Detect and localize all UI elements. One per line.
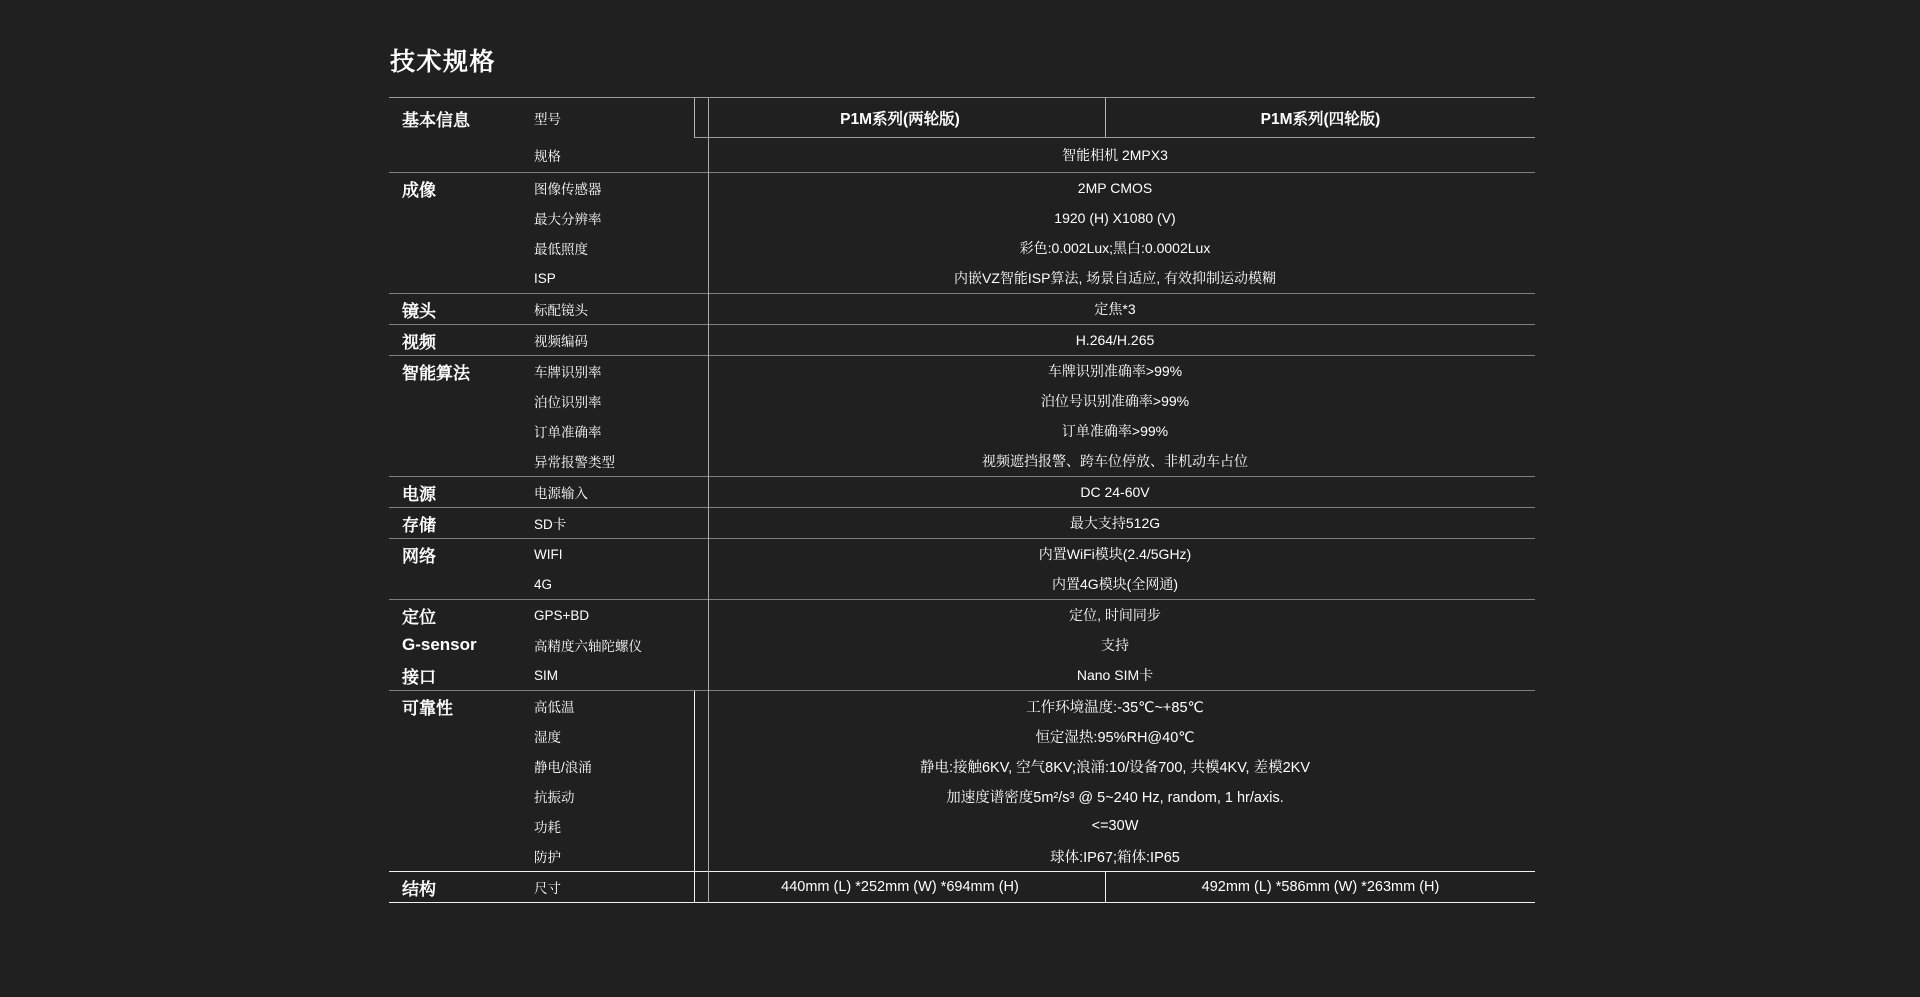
value-cell: <=30W [695,811,1535,841]
value-area: 定焦*3 [695,294,1535,324]
category-label [389,446,534,476]
spec-group-basic-info: 基本信息 型号 P1M系列(两轮版) P1M系列(四轮版) 规格 智能相机 2M… [389,98,1535,173]
table-row: 最大分辨率 1920 (H) X1080 (V) [389,203,1535,233]
spec-group-video: 视频 视频编码 H.264/H.265 [389,325,1535,356]
table-row: 订单准确率 订单准确率>99% [389,416,1535,446]
param-label: 车牌识别率 [534,356,695,386]
value-cell: 定焦*3 [695,294,1535,324]
category-label [389,751,534,781]
category-label: 网络 [389,539,534,569]
spec-group-imaging: 成像 图像传感器 2MP CMOS 最大分辨率 1920 (H) X1080 (… [389,173,1535,294]
table-row: 接口 SIM Nano SIM卡 [389,660,1535,690]
category-label [389,569,534,599]
value-area: 加速度谱密度5m²/s³ @ 5~240 Hz, random, 1 hr/ax… [694,781,1535,811]
category-label: G-sensor [389,630,534,660]
category-label [389,233,534,263]
table-row: 成像 图像传感器 2MP CMOS [389,173,1535,203]
value-area: <=30W [694,811,1535,841]
value-cell: 订单准确率>99% [695,416,1535,446]
param-label: 湿度 [534,721,695,751]
value-area: 车牌识别准确率>99% [695,356,1535,386]
page-title: 技术规格 [390,42,496,78]
value-area: DC 24-60V [695,477,1535,507]
table-row: 网络 WIFI 内置WiFi模块(2.4/5GHz) [389,539,1535,569]
value-cell: 定位, 时间同步 [695,600,1535,630]
spec-group-positioning-gsensor-interface: 定位 GPS+BD 定位, 时间同步 G-sensor 高精度六轴陀螺仪 支持 … [389,600,1535,691]
value-area: 内置WiFi模块(2.4/5GHz) [695,539,1535,569]
category-label: 接口 [389,660,534,690]
value-area: 1920 (H) X1080 (V) [695,203,1535,233]
param-label: 型号 [534,98,695,138]
value-cell: 2MP CMOS [695,173,1535,203]
value-cell: 最大支持512G [695,508,1535,538]
table-row: G-sensor 高精度六轴陀螺仪 支持 [389,630,1535,660]
category-label: 智能算法 [389,356,534,386]
column-header-four-wheel: P1M系列(四轮版) [1105,98,1535,137]
spec-group-lens: 镜头 标配镜头 定焦*3 [389,294,1535,325]
value-area: Nano SIM卡 [695,660,1535,690]
value-cell: 车牌识别准确率>99% [695,356,1535,386]
spec-table: 基本信息 型号 P1M系列(两轮版) P1M系列(四轮版) 规格 智能相机 2M… [389,97,1535,903]
category-label: 成像 [389,173,534,203]
param-label: 功耗 [534,811,695,841]
spec-group-network: 网络 WIFI 内置WiFi模块(2.4/5GHz) 4G 内置4G模块(全网通… [389,539,1535,600]
value-cell: H.264/H.265 [695,325,1535,355]
category-label [389,416,534,446]
category-label: 镜头 [389,294,534,324]
value-area: 支持 [695,630,1535,660]
value-cell: 恒定湿热:95%RH@40℃ [695,721,1535,751]
spec-group-storage: 存储 SD卡 最大支持512G [389,508,1535,539]
category-label: 定位 [389,600,534,630]
value-area: 球体:IP67;箱体:IP65 [694,841,1535,871]
value-area: 2MP CMOS [695,173,1535,203]
table-row: 智能算法 车牌识别率 车牌识别准确率>99% [389,356,1535,386]
value-cell: DC 24-60V [695,477,1535,507]
category-label [389,203,534,233]
param-label: 泊位识别率 [534,386,695,416]
param-label: 最低照度 [534,233,695,263]
value-area: 视频遮挡报警、跨车位停放、非机动车占位 [695,446,1535,476]
page: 技术规格 基本信息 型号 P1M系列(两轮版) P1M系列(四轮版) 规格 智能… [0,0,1920,997]
param-label: 高低温 [534,691,695,721]
param-label: 图像传感器 [534,173,695,203]
table-row: 泊位识别率 泊位号识别准确率>99% [389,386,1535,416]
param-label: 标配镜头 [534,294,695,324]
table-row: 防护 球体:IP67;箱体:IP65 [389,841,1535,871]
spec-group-reliability: 可靠性 高低温 工作环境温度:-35℃~+85℃ 湿度 恒定湿热:95%RH@4… [389,691,1535,872]
value-cell: 内置4G模块(全网通) [695,569,1535,599]
param-label: 视频编码 [534,325,695,355]
param-label: 静电/浪涌 [534,751,695,781]
table-row: 镜头 标配镜头 定焦*3 [389,294,1535,324]
value-area: 最大支持512G [695,508,1535,538]
category-label [389,138,534,172]
value-cell: 内嵌VZ智能ISP算法, 场景自适应, 有效抑制运动模糊 [695,263,1535,293]
category-label [389,811,534,841]
value-cell-two-wheel: 440mm (L) *252mm (W) *694mm (H) [695,872,1105,902]
param-label: GPS+BD [534,600,695,630]
table-row: 结构 尺寸 440mm (L) *252mm (W) *694mm (H) 49… [389,872,1535,902]
value-area: 工作环境温度:-35℃~+85℃ [694,691,1535,721]
value-cell: 加速度谱密度5m²/s³ @ 5~240 Hz, random, 1 hr/ax… [695,781,1535,811]
value-area: 定位, 时间同步 [695,600,1535,630]
table-row: 存储 SD卡 最大支持512G [389,508,1535,538]
category-label [389,263,534,293]
param-label: 异常报警类型 [534,446,695,476]
param-label: WIFI [534,539,695,569]
value-area: 订单准确率>99% [695,416,1535,446]
table-row: 4G 内置4G模块(全网通) [389,569,1535,599]
value-cell: 视频遮挡报警、跨车位停放、非机动车占位 [695,446,1535,476]
table-row: 视频 视频编码 H.264/H.265 [389,325,1535,355]
param-label: 尺寸 [534,872,695,902]
value-cell: 静电:接触6KV, 空气8KV;浪涌:10/设备700, 共模4KV, 差模2K… [695,751,1535,781]
category-label [389,841,534,871]
param-label: 规格 [534,138,695,172]
value-area: H.264/H.265 [695,325,1535,355]
table-row: 功耗 <=30W [389,811,1535,841]
param-label: 防护 [534,841,695,871]
table-row: 异常报警类型 视频遮挡报警、跨车位停放、非机动车占位 [389,446,1535,476]
category-label: 视频 [389,325,534,355]
param-label: 电源输入 [534,477,695,507]
table-row: 定位 GPS+BD 定位, 时间同步 [389,600,1535,630]
category-label: 基本信息 [389,98,534,138]
param-label: 抗振动 [534,781,695,811]
value-area: 彩色:0.002Lux;黑白:0.0002Lux [695,233,1535,263]
param-label: 订单准确率 [534,416,695,446]
spec-group-ai-algorithm: 智能算法 车牌识别率 车牌识别准确率>99% 泊位识别率 泊位号识别准确率>99… [389,356,1535,477]
table-row: 最低照度 彩色:0.002Lux;黑白:0.0002Lux [389,233,1535,263]
value-cell: 支持 [695,630,1535,660]
value-cell: Nano SIM卡 [695,660,1535,690]
value-area: 内置4G模块(全网通) [695,569,1535,599]
param-label: SIM [534,660,695,690]
table-row: 规格 智能相机 2MPX3 [389,138,1535,172]
value-cell: 工作环境温度:-35℃~+85℃ [695,691,1535,721]
spec-group-power: 电源 电源输入 DC 24-60V [389,477,1535,508]
spec-group-structure: 结构 尺寸 440mm (L) *252mm (W) *694mm (H) 49… [389,872,1535,903]
value-cell: 泊位号识别准确率>99% [695,386,1535,416]
category-label: 存储 [389,508,534,538]
value-cell: 内置WiFi模块(2.4/5GHz) [695,539,1535,569]
table-row: 基本信息 型号 P1M系列(两轮版) P1M系列(四轮版) [389,98,1535,138]
value-area: 恒定湿热:95%RH@40℃ [694,721,1535,751]
value-cell: 彩色:0.002Lux;黑白:0.0002Lux [695,233,1535,263]
param-label: 最大分辨率 [534,203,695,233]
value-area: 静电:接触6KV, 空气8KV;浪涌:10/设备700, 共模4KV, 差模2K… [694,751,1535,781]
column-header-two-wheel: P1M系列(两轮版) [695,98,1105,137]
value-area: 440mm (L) *252mm (W) *694mm (H) 492mm (L… [694,872,1535,902]
table-row: 抗振动 加速度谱密度5m²/s³ @ 5~240 Hz, random, 1 h… [389,781,1535,811]
value-area: 内嵌VZ智能ISP算法, 场景自适应, 有效抑制运动模糊 [695,263,1535,293]
category-label [389,386,534,416]
value-area: 智能相机 2MPX3 [695,138,1535,172]
category-label: 电源 [389,477,534,507]
category-label [389,721,534,751]
param-label: SD卡 [534,508,695,538]
param-label: ISP [534,263,695,293]
table-row: 电源 电源输入 DC 24-60V [389,477,1535,507]
param-label: 4G [534,569,695,599]
category-label: 可靠性 [389,691,534,721]
value-cell: 球体:IP67;箱体:IP65 [695,841,1535,871]
value-cell: 1920 (H) X1080 (V) [695,203,1535,233]
value-area: P1M系列(两轮版) P1M系列(四轮版) [694,98,1535,138]
value-cell-four-wheel: 492mm (L) *586mm (W) *263mm (H) [1105,872,1535,902]
value-area: 泊位号识别准确率>99% [695,386,1535,416]
category-label: 结构 [389,872,534,902]
param-label: 高精度六轴陀螺仪 [534,630,695,660]
table-row: 可靠性 高低温 工作环境温度:-35℃~+85℃ [389,691,1535,721]
table-row: 湿度 恒定湿热:95%RH@40℃ [389,721,1535,751]
table-row: ISP 内嵌VZ智能ISP算法, 场景自适应, 有效抑制运动模糊 [389,263,1535,293]
value-cell: 智能相机 2MPX3 [695,138,1535,172]
category-label [389,781,534,811]
table-row: 静电/浪涌 静电:接触6KV, 空气8KV;浪涌:10/设备700, 共模4KV… [389,751,1535,781]
